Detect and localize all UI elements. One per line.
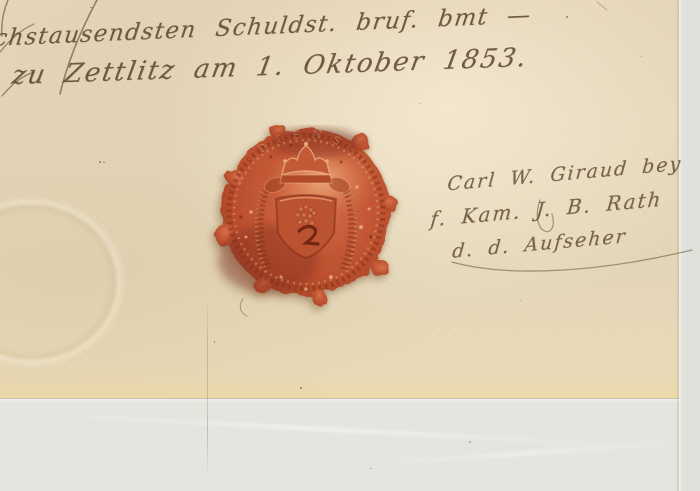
sheet-crease	[360, 439, 699, 467]
paper-tone-band	[0, 372, 680, 398]
background-mat	[679, 0, 700, 491]
vertical-fold-crease	[207, 298, 208, 480]
photographed-document: chstausendsten Schuldst. bruf. bmt — zu …	[0, 0, 700, 491]
sheet-crease	[30, 412, 609, 446]
wax-seal: · · D I E N S · · · · D I E N S · ·	[211, 117, 401, 307]
underlying-sheet	[0, 398, 700, 491]
